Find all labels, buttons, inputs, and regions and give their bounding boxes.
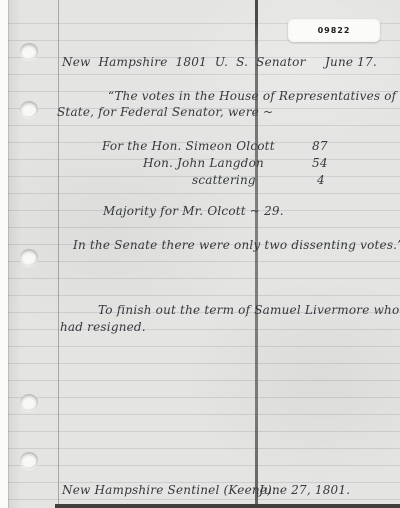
title-line: New Hampshire 1801 U. S. Senator bbox=[62, 55, 306, 69]
title-date: June 17. bbox=[325, 55, 377, 69]
punch-hole bbox=[20, 101, 38, 118]
scanned-document-page: 09822 New Hampshire 1801 U. S. Senator J… bbox=[0, 0, 400, 508]
vote-row-value: 4 bbox=[317, 173, 325, 187]
punch-hole bbox=[20, 43, 38, 60]
vote-row-label: For the Hon. Simeon Olcott bbox=[102, 139, 275, 153]
senate-line: In the Senate there were only two dissen… bbox=[73, 238, 400, 252]
page-bottom-edge bbox=[55, 504, 400, 508]
punch-hole bbox=[20, 452, 38, 469]
term-note-line-2: had resigned. bbox=[60, 320, 146, 334]
page-crease-line bbox=[255, 0, 258, 508]
ruled-paper-sheet bbox=[8, 0, 400, 508]
paper-left-edge bbox=[8, 0, 9, 508]
term-note-line-1: To finish out the term of Samuel Livermo… bbox=[98, 303, 399, 317]
catalog-number: 09822 bbox=[318, 26, 351, 35]
majority-line: Majority for Mr. Olcott ~ 29. bbox=[103, 204, 284, 218]
quote-line-2: State, for Federal Senator, were ~ bbox=[57, 105, 273, 119]
punch-hole bbox=[20, 249, 38, 266]
citation-source: New Hampshire Sentinel (Keene). bbox=[62, 483, 276, 497]
punch-hole bbox=[20, 394, 38, 411]
quote-line-1: “The votes in the House of Representativ… bbox=[108, 89, 400, 103]
vote-row-value: 54 bbox=[312, 156, 328, 170]
citation-date: June 27, 1801. bbox=[259, 483, 350, 497]
margin-line bbox=[58, 0, 59, 508]
vote-row-value: 87 bbox=[312, 139, 328, 153]
catalog-number-label: 09822 bbox=[288, 19, 380, 42]
vote-row-label: scattering bbox=[192, 173, 256, 187]
vote-row-label: Hon. John Langdon bbox=[143, 156, 264, 170]
